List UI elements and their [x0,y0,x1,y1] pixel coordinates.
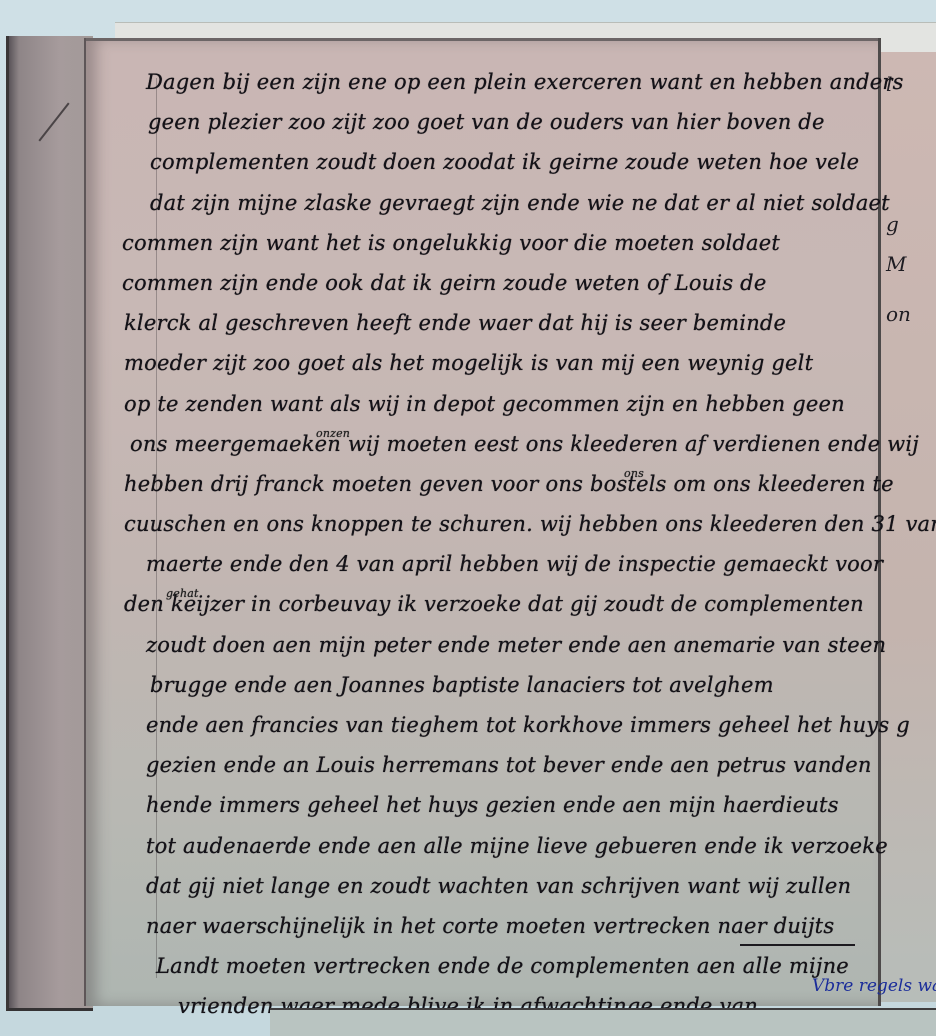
handwritten-line: ende aen francies van tieghem tot korkho… [116,705,864,745]
blue-ink-margin-note: Vbre regels waye [812,976,936,996]
letter-page: Dagen bij een zijn ene op een plein exer… [84,38,881,1006]
handwritten-line: commen zijn want het is ongelukkig voor … [116,223,864,263]
handwritten-line: complementen zoudt doen zoodat ik geirne… [116,142,864,182]
letter-body: Dagen bij een zijn ene op een plein exer… [116,62,864,1027]
handwritten-line: klerck al geschreven heeft ende waer dat… [116,303,864,343]
interlinear-note: gehat [166,574,199,614]
handwritten-line: ons hebben drij franck moeten geven voor… [116,464,864,504]
handwritten-line: gehat den keijzer in corbeuvay ik verzoe… [116,584,864,624]
underlying-sheet-bottom [270,1008,936,1036]
right-page-fragment: M [886,252,906,276]
pen-mark [38,102,69,141]
handwritten-line: op te zenden want als wij in depot gecom… [116,384,864,424]
handwritten-line: hende immers geheel het huys gezien ende… [116,785,864,825]
handwritten-line: dat zijn mijne zlaske gevraegt zijn ende… [116,183,864,223]
closing-flourish-line [740,944,855,946]
handwritten-line: dat gij niet lange en zoudt wachten van … [116,866,864,906]
handwritten-line: moeder zijt zoo goet als het mogelijk is… [116,343,864,383]
handwritten-line: zoudt doen aen mijn peter ende meter end… [116,625,864,665]
left-folded-sheet [6,36,93,1011]
right-page-fragment: on [886,302,911,326]
handwritten-line: gezien ende an Louis herremans tot bever… [116,745,864,785]
handwritten-line: maerte ende den 4 van april hebben wij d… [116,544,864,584]
handwritten-line: cuuschen en ons knoppen te schuren. wij … [116,504,864,544]
handwritten-line: geen plezier zoo zijt zoo goet van de ou… [116,102,864,142]
handwritten-line: brugge ende aen Joannes baptiste lanacie… [116,665,864,705]
page-top-edge [86,38,878,41]
handwritten-line: tot audenaerde ende aen alle mijne lieve… [116,826,864,866]
handwritten-line: naer waerschijnelijk in het corte moeten… [116,906,864,946]
handwritten-line: Dagen bij een zijn ene op een plein exer… [116,62,864,102]
interlinear-note: onzen [316,414,350,454]
handwritten-line: onzen ons meergemaeken wij moeten eest o… [116,424,864,464]
handwritten-line: commen zijn ende ook dat ik geirn zoude … [116,263,864,303]
interlinear-note: ons [624,454,644,494]
handwritten-line: Landt moeten vertrecken ende de compleme… [116,946,864,986]
